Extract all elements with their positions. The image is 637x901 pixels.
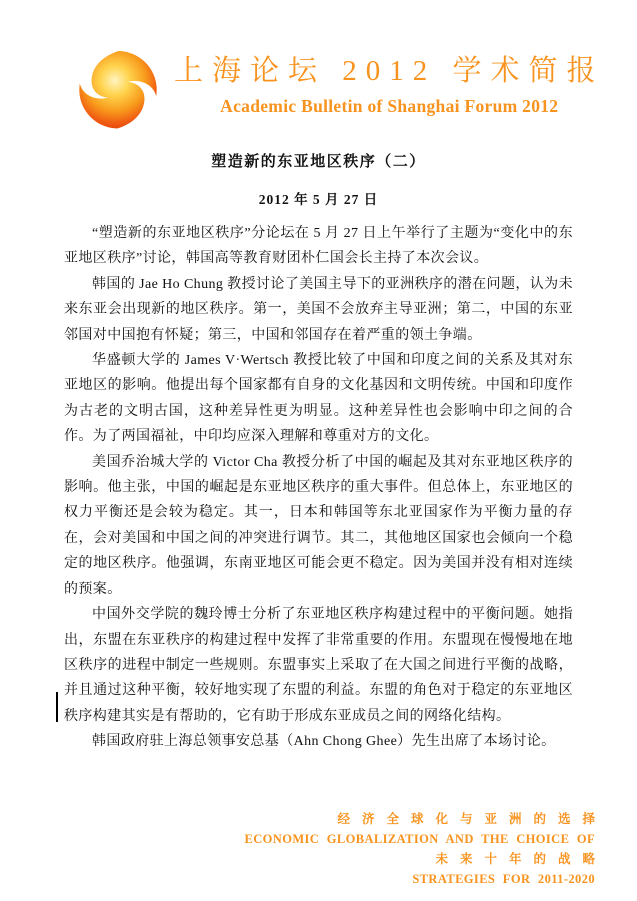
bulletin-title-chinese: 上海论坛 2012 学术简报 xyxy=(174,48,605,89)
body-paragraph: 华盛顿大学的 James V·Wertsch 教授比较了中国和印度之间的关系及其… xyxy=(64,348,573,450)
article-date: 2012 年 5 月 27 日 xyxy=(0,188,637,208)
body-paragraph: 中国外交学院的魏玲博士分析了东亚地区秩序构建过程中的平衡问题。她指出，东盟在东亚… xyxy=(64,602,573,729)
changed-line-marker xyxy=(56,692,58,722)
footer-slogan-english-1: ECONOMIC GLOBALIZATION AND THE CHOICE OF xyxy=(244,829,595,849)
body-paragraph: “塑造新的东亚地区秩序”分论坛在 5 月 27 日上午举行了主题为“变化中的东亚… xyxy=(64,221,573,272)
article-title: 塑造新的东亚地区秩序（二） xyxy=(0,150,637,171)
footer-slogan-english-2: STRATEGIES FOR 2011-2020 xyxy=(244,869,595,889)
footer-slogan-chinese-2: 未来十年的战略 xyxy=(244,849,607,869)
header-titles: 上海论坛 2012 学术简报 Academic Bulletin of Shan… xyxy=(174,44,605,117)
document-page: 上海论坛 2012 学术简报 Academic Bulletin of Shan… xyxy=(0,0,637,901)
bulletin-title-english: Academic Bulletin of Shanghai Forum 2012 xyxy=(174,96,605,117)
shanghai-forum-logo-icon xyxy=(74,44,162,132)
body-paragraph: 韩国的 Jae Ho Chung 教授讨论了美国主导下的亚洲秩序的潜在问题，认为… xyxy=(64,272,573,348)
page-footer: 经济全球化与亚洲的选择 ECONOMIC GLOBALIZATION AND T… xyxy=(244,809,595,889)
body-paragraph: 韩国政府驻上海总领事安总基（Ahn Chong Ghee）先生出席了本场讨论。 xyxy=(64,729,573,754)
bulletin-header: 上海论坛 2012 学术简报 Academic Bulletin of Shan… xyxy=(74,44,597,132)
article-body: “塑造新的东亚地区秩序”分论坛在 5 月 27 日上午举行了主题为“变化中的东亚… xyxy=(64,221,573,755)
footer-slogan-chinese-1: 经济全球化与亚洲的选择 xyxy=(244,809,607,829)
body-paragraph: 美国乔治城大学的 Victor Cha 教授分析了中国的崛起及其对东亚地区秩序的… xyxy=(64,450,573,602)
